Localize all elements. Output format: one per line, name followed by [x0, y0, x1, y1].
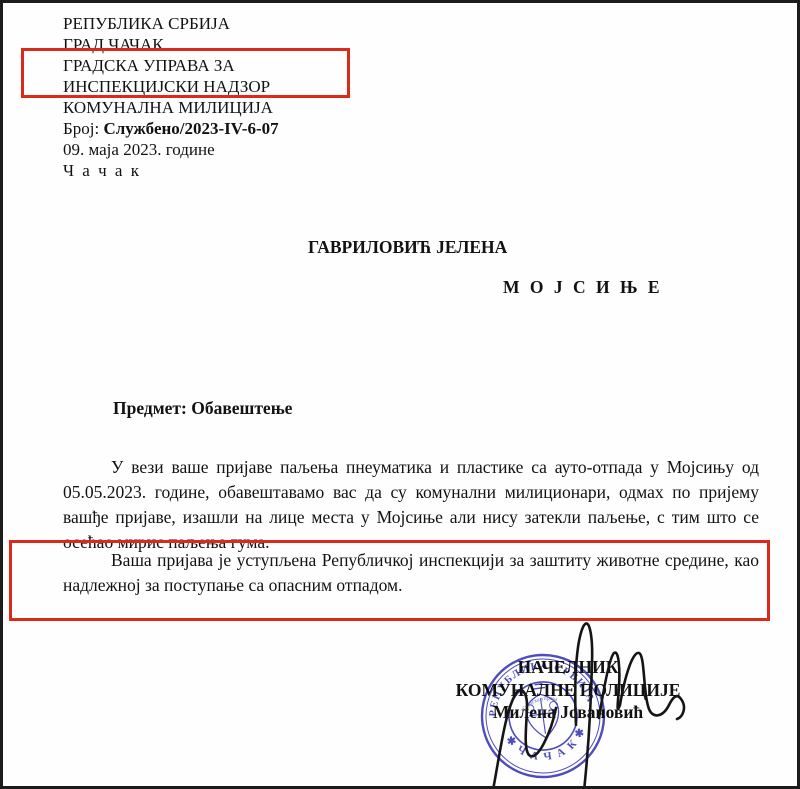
scanned-letter-page: РЕПУБЛИКА СРБИЈА ГРАД ЧАЧАК ГРАДСКА УПРА… [0, 0, 800, 789]
document-place: Ч а ч а к [63, 160, 279, 181]
document-date: 09. маја 2023. године [63, 139, 279, 160]
subject-line: Предмет: Обавештење [113, 398, 292, 419]
signature-stroke-tall [575, 623, 592, 789]
letterhead-country: РЕПУБЛИКА СРБИЈА [63, 13, 279, 34]
letterhead: РЕПУБЛИКА СРБИЈА ГРАД ЧАЧАК ГРАДСКА УПРА… [63, 13, 279, 181]
document-number-line: Број: Службено/2023-IV-6-07 [63, 118, 279, 139]
recipient-place: М О Ј С И Њ Е [503, 277, 663, 298]
recipient-name: ГАВРИЛОВИЋ ЈЕЛЕНА [308, 237, 507, 258]
body-paragraph-1: У вези ваше пријаве паљења пнеуматика и … [63, 455, 759, 555]
handwritten-signature [433, 598, 713, 789]
letterhead-city: ГРАД ЧАЧАК [63, 34, 279, 55]
letterhead-administration-line2: ИНСПЕКЦИЈСКИ НАДЗОР [63, 76, 279, 97]
letterhead-administration-line1: ГРАДСКА УПРАВА ЗА [63, 55, 279, 76]
document-number-value: Службено/2023-IV-6-07 [103, 119, 278, 138]
signature-stroke-scrawl [599, 653, 684, 719]
signature-stroke-loop [493, 690, 556, 789]
letterhead-department: КОМУНАЛНА МИЛИЦИЈА [63, 97, 279, 118]
document-number-label: Број: [63, 119, 99, 138]
body-paragraph-2: Ваша пријава је уступљена Републичкој ин… [63, 548, 759, 598]
